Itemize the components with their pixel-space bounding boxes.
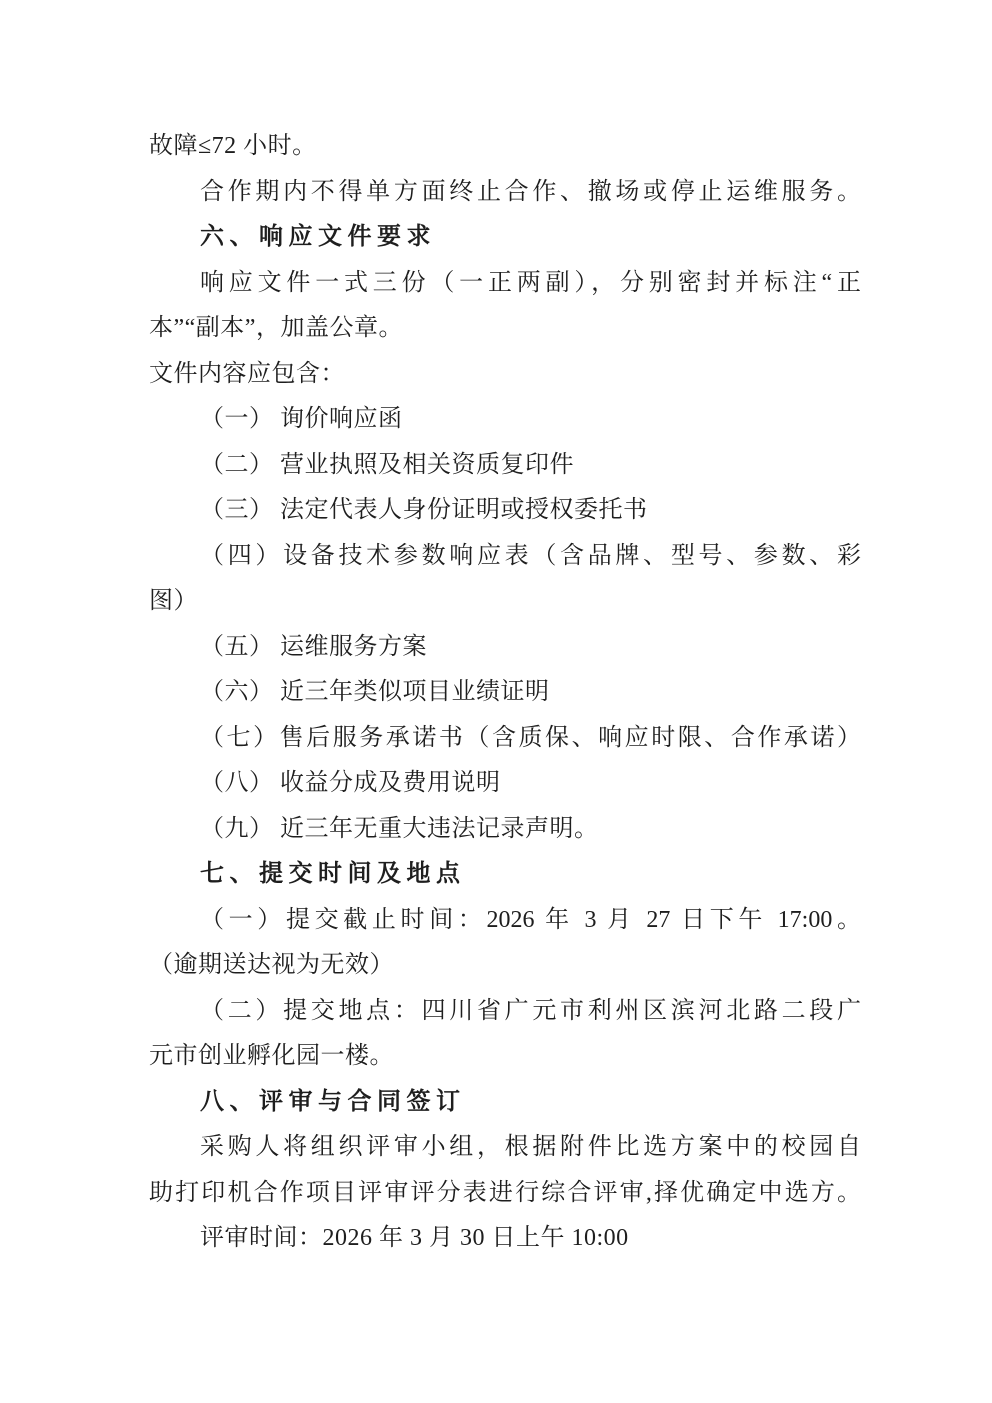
line-submission-deadline: （一）提交截止时间：2026 年 3 月 27 日下午 17:00。 (149, 898, 861, 944)
heading-section-seven: 七、提交时间及地点 (149, 852, 861, 898)
item-4-equipment-params-2: 图） (149, 579, 861, 625)
item-8-revenue-sharing: （八） 收益分成及费用说明 (149, 761, 861, 807)
line-submission-address-1: （二）提交地点：四川省广元市利州区滨河北路二段广 (149, 989, 861, 1035)
item-6-performance-proof: （六） 近三年类似项目业绩证明 (149, 670, 861, 716)
item-2-business-license: （二） 营业执照及相关资质复印件 (149, 443, 861, 489)
item-7-after-sales-commitment: （七）售后服务承诺书（含质保、响应时限、合作承诺） (149, 716, 861, 762)
line-evaluation-2: 助打印机合作项目评审评分表进行综合评审,择优确定中选方。 (149, 1171, 861, 1217)
line-response-copies-2: 本”“副本”，加盖公章。 (149, 306, 861, 352)
item-4-equipment-params-1: （四）设备技术参数响应表（含品牌、型号、参数、彩 (149, 534, 861, 580)
item-1-inquiry-response-letter: （一） 询价响应函 (149, 397, 861, 443)
item-3-legal-rep-id: （三） 法定代表人身份证明或授权委托书 (149, 488, 861, 534)
heading-section-six: 六、响应文件要求 (149, 215, 861, 261)
document-page: 故障≤72 小时。 合作期内不得单方面终止合作、撤场或停止运维服务。 六、响应文… (0, 0, 992, 1403)
line-cooperation-clause: 合作期内不得单方面终止合作、撤场或停止运维服务。 (149, 170, 861, 216)
line-content-include: 文件内容应包含： (149, 352, 861, 398)
document-body: 故障≤72 小时。 合作期内不得单方面终止合作、撤场或停止运维服务。 六、响应文… (149, 124, 861, 1262)
line-evaluation-time: 评审时间：2026 年 3 月 30 日上午 10:00 (149, 1216, 861, 1262)
line-fault-72h: 故障≤72 小时。 (149, 124, 861, 170)
line-response-copies-1: 响应文件一式三份（一正两副），分别密封并标注“正 (149, 261, 861, 307)
line-evaluation-1: 采购人将组织评审小组，根据附件比选方案中的校园自 (149, 1125, 861, 1171)
line-submission-address-2: 元市创业孵化园一楼。 (149, 1034, 861, 1080)
item-9-no-violation-declaration: （九） 近三年无重大违法记录声明。 (149, 807, 861, 853)
heading-section-eight: 八、评审与合同签订 (149, 1080, 861, 1126)
line-late-delivery-invalid: （逾期送达视为无效） (149, 943, 861, 989)
item-5-maintenance-plan: （五） 运维服务方案 (149, 625, 861, 671)
